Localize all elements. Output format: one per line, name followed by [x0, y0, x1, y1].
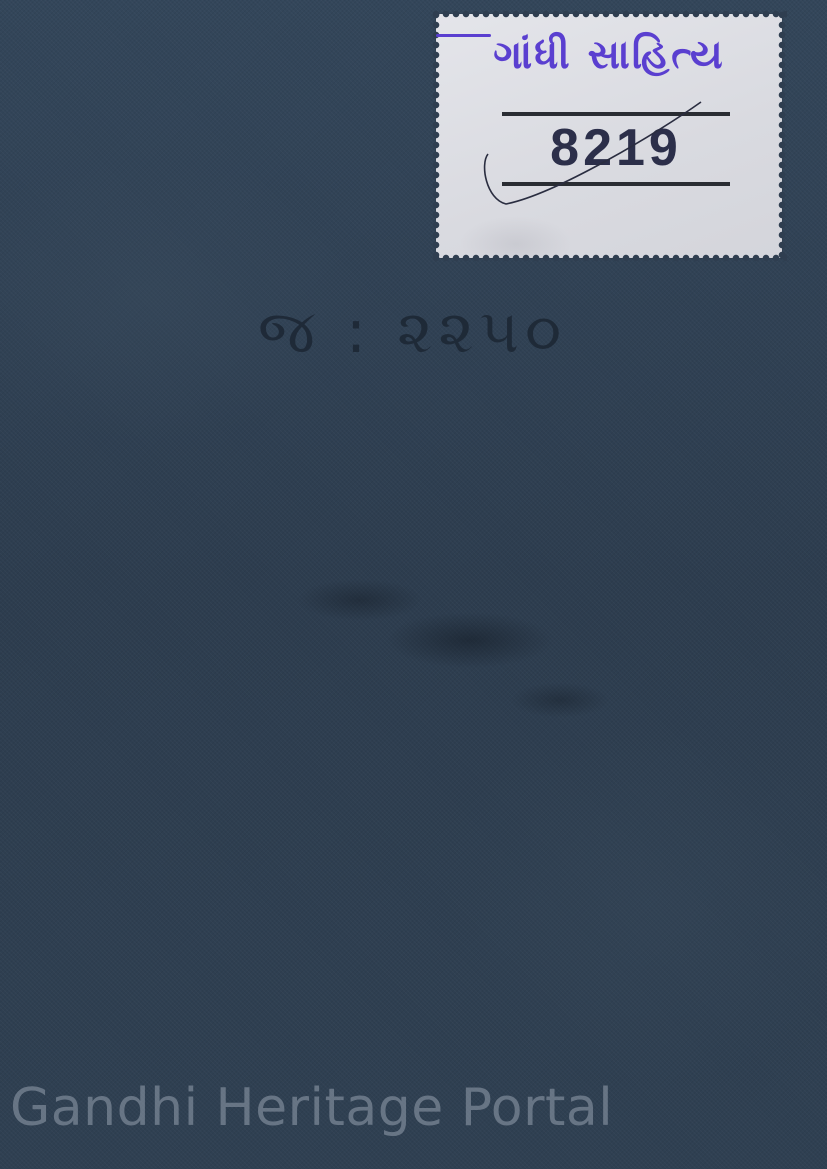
library-stamp-text: ગાંધી સાહિત્ય: [436, 32, 782, 78]
accession-number: 8219: [502, 114, 730, 182]
handwritten-catalog-mark: જ : ૨૨૫૦: [258, 292, 668, 372]
label-rule-bottom: [502, 182, 730, 186]
book-cover: ગાંધી સાહિત્ય 8219 જ : ૨૨૫૦ Gandhi Herit…: [0, 0, 827, 1169]
library-label: ગાંધી સાહિત્ય 8219: [436, 14, 782, 258]
watermark: Gandhi Heritage Portal: [10, 1078, 817, 1138]
